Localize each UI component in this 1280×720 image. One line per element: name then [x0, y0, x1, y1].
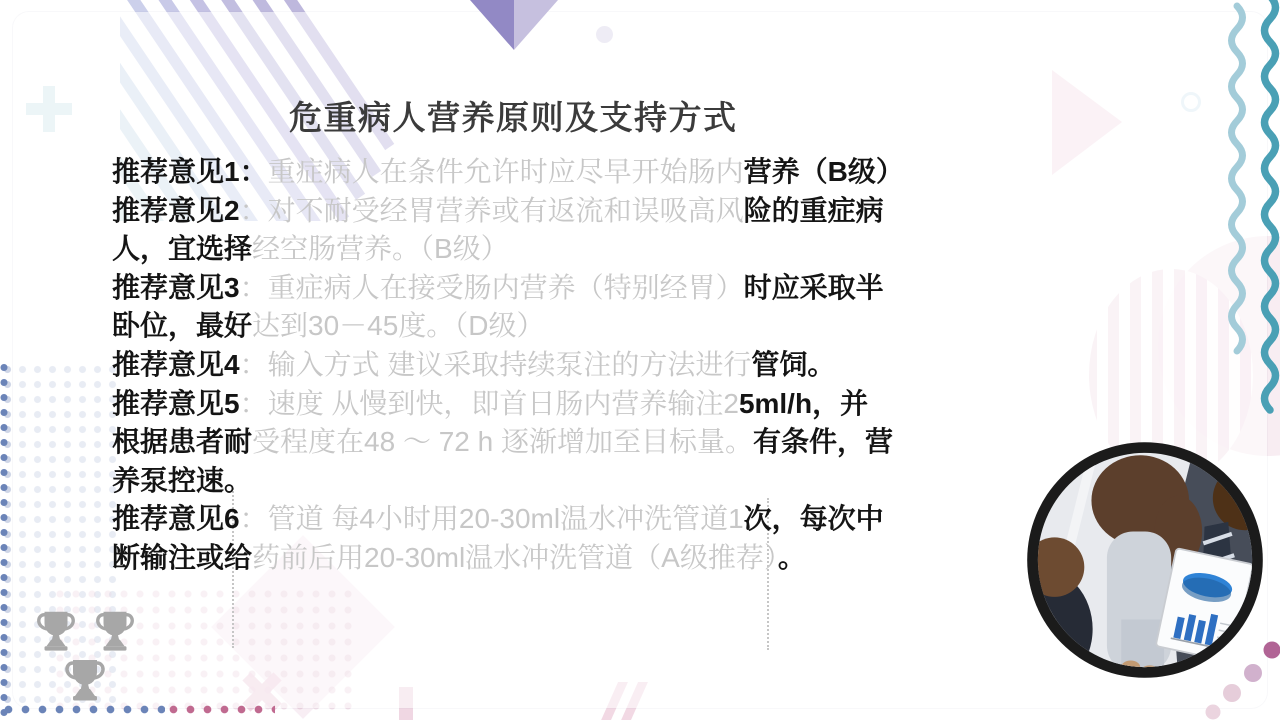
body-line-black-left: 推荐意见1：: [112, 156, 268, 187]
body-line-black-right: 5ml/h，并: [739, 388, 868, 419]
dot-row-pink: [165, 701, 275, 720]
body-line-black-right: 。: [778, 542, 806, 573]
body-line-black-right: 次，每次中: [744, 503, 884, 534]
body-line-gray-middle: ：管道 每4小时用20-30ml温水冲洗管道1: [240, 503, 744, 534]
body-line-black-left: 推荐意见6: [112, 503, 240, 534]
body-line: 卧位，最好达到30－45度。（D级）: [112, 307, 904, 346]
body-line-gray-middle: ：对不耐受经胃营养或有返流和误吸高风: [240, 195, 744, 226]
body-line: 推荐意见4：输入方式 建议采取持续泵注的方法进行管饲。: [112, 346, 904, 385]
body-line-black-left: 推荐意见3: [112, 272, 240, 303]
body-line-black-right: 有条件，营: [753, 426, 893, 457]
body-line-black-left: 推荐意见2: [112, 195, 240, 226]
body-line: 人，宜选择经空肠营养。（B级）: [112, 230, 904, 269]
purple-triangle-decoration: [470, 0, 558, 50]
body-line: 推荐意见1：重症病人在条件允许时应尽早开始肠内营养（B级）: [112, 153, 904, 192]
body-line: 断输注或给药前后用20-30ml温水冲洗管道（A级推荐）。: [112, 539, 904, 578]
trophy-icon: [61, 655, 109, 703]
body-line-gray-middle: ：输入方式 建议采取持续泵注的方法进行: [240, 349, 752, 380]
body-line: 推荐意见6：管道 每4小时用20-30ml温水冲洗管道1次，每次中: [112, 500, 904, 539]
trophy-icon: [92, 607, 138, 653]
body-line-gray-middle: 药前后用20-30ml温水冲洗管道（A级推荐）: [252, 542, 778, 573]
body-line-gray-middle: 重症病人在条件允许时应尽早开始肠内: [268, 156, 744, 187]
body-line-black-right: 时应采取半: [744, 272, 884, 303]
body-line-black-right: 险的重症病: [744, 195, 884, 226]
body-line-black-right: 管饲。: [751, 349, 835, 380]
body-line-black-left: 推荐意见4: [112, 349, 240, 380]
dot-row-dark-blue: [0, 701, 165, 720]
body-line: 推荐意见3：重症病人在接受肠内营养（特别经胃）时应采取半: [112, 269, 904, 308]
body-line: 推荐意见2：对不耐受经胃营养或有返流和误吸高风险的重症病: [112, 192, 904, 231]
trophy-icon: [33, 607, 79, 653]
body-line-gray-middle: 达到30－45度。（D级）: [252, 310, 545, 341]
body-line-black-left: 养泵控速。: [112, 465, 252, 496]
photo-business-meeting: [1026, 441, 1264, 679]
body-line-black-left: 断输注或给: [112, 542, 252, 573]
body-line: 推荐意见5：速度 从慢到快，即首日肠内营养输注25ml/h，并: [112, 385, 904, 424]
body-line: 根据患者耐受程度在48 ～ 72 h 逐渐增加至目标量。有条件，营: [112, 423, 904, 462]
body-line: 养泵控速。: [112, 462, 904, 501]
body-text: 推荐意见1：重症病人在条件允许时应尽早开始肠内营养（B级） 推荐意见2：对不耐受…: [112, 153, 904, 578]
dot-column-dark-blue: [0, 360, 10, 720]
body-line-black-left: 人，宜选择: [112, 233, 252, 264]
body-line-black-left: 推荐意见5: [112, 388, 240, 419]
slide-title: 危重病人营养原则及支持方式: [289, 92, 738, 139]
body-line-gray-middle: 经空肠营养。（B级）: [252, 233, 509, 264]
wavy-lines-decoration: [1224, 0, 1280, 416]
body-line-black-left: 根据患者耐: [112, 426, 252, 457]
body-line-black-left: 卧位，最好: [112, 310, 252, 341]
body-line-gray-middle: ：重症病人在接受肠内营养（特别经胃）: [240, 272, 744, 303]
presentation-slide: 危重病人营养原则及支持方式 推荐意见1：重症病人在条件允许时应尽早开始肠内营养（…: [0, 0, 1280, 720]
body-line-gray-middle: ：速度 从慢到快，即首日肠内营养输注2: [240, 388, 739, 419]
body-line-black-right: 营养（B级）: [744, 156, 904, 187]
body-line-gray-middle: 受程度在48 ～ 72 h 逐渐增加至目标量。: [252, 426, 753, 457]
